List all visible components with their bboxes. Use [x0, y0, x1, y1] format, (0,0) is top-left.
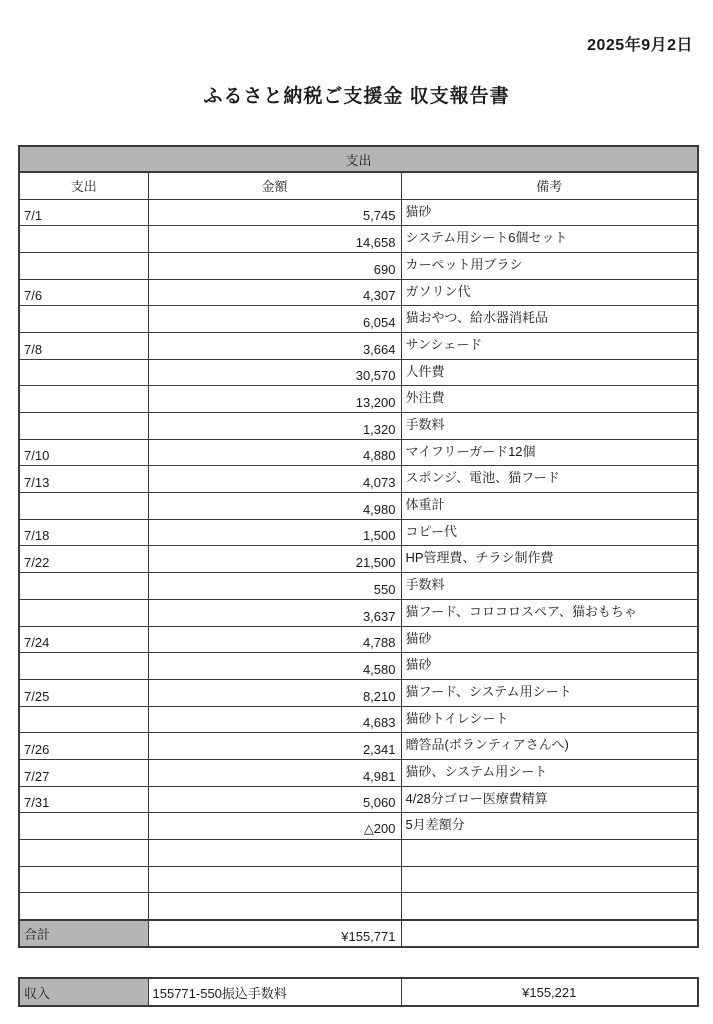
row-amount: 1,320	[148, 413, 401, 440]
table-row: 4,683猫砂トイレシート	[19, 706, 698, 733]
table-row	[19, 866, 698, 893]
row-remark: 手数料	[401, 573, 698, 600]
row-date	[19, 893, 148, 920]
row-amount: 30,570	[148, 359, 401, 386]
row-date: 7/6	[19, 279, 148, 306]
row-date	[19, 359, 148, 386]
row-date: 7/27	[19, 759, 148, 786]
table-row: 7/2221,500HP管理費、チラシ制作費	[19, 546, 698, 573]
row-amount: 4,980	[148, 493, 401, 520]
income-label: 収入	[19, 978, 148, 1006]
row-amount: △200	[148, 813, 401, 840]
row-amount	[148, 893, 401, 920]
row-remark: 体重計	[401, 493, 698, 520]
income-description: 155771-550振込手数料	[148, 978, 401, 1006]
row-remark: 人件費	[401, 359, 698, 386]
row-date	[19, 813, 148, 840]
row-date: 7/22	[19, 546, 148, 573]
row-amount: 6,054	[148, 306, 401, 333]
page-title: ふるさと納税ご支援金 収支報告書	[0, 81, 713, 108]
table-row: 7/262,341贈答品(ボランティアさんへ)	[19, 733, 698, 760]
table-row: 30,570人件費	[19, 359, 698, 386]
row-amount: 14,658	[148, 226, 401, 253]
row-date	[19, 706, 148, 733]
row-amount: 1,500	[148, 519, 401, 546]
row-remark: スポンジ、電池、猫フード	[401, 466, 698, 493]
row-remark: 外注費	[401, 386, 698, 413]
row-amount: 550	[148, 573, 401, 600]
row-date: 7/8	[19, 332, 148, 359]
row-amount: 4,307	[148, 279, 401, 306]
table-row: 1,320手数料	[19, 413, 698, 440]
row-amount: 690	[148, 252, 401, 279]
row-remark: システム用シート6個セット	[401, 226, 698, 253]
table-row	[19, 893, 698, 920]
row-remark: カーペット用ブラシ	[401, 252, 698, 279]
table-row: 7/104,880マイフリーガード12個	[19, 439, 698, 466]
row-date	[19, 252, 148, 279]
row-date	[19, 599, 148, 626]
table-row: 13,200外注費	[19, 386, 698, 413]
row-date	[19, 573, 148, 600]
row-amount	[148, 866, 401, 893]
income-row: 収入 155771-550振込手数料 ¥155,221	[19, 978, 698, 1006]
table-row: 7/64,307ガソリン代	[19, 279, 698, 306]
row-remark: 猫砂	[401, 653, 698, 680]
row-date	[19, 866, 148, 893]
row-amount: 4,073	[148, 466, 401, 493]
row-remark: 4/28分ゴロー医療費精算	[401, 786, 698, 813]
table-row	[19, 840, 698, 867]
table-row: 7/244,788猫砂	[19, 626, 698, 653]
row-remark	[401, 893, 698, 920]
row-amount: 21,500	[148, 546, 401, 573]
row-amount: 4,880	[148, 439, 401, 466]
row-remark: ガソリン代	[401, 279, 698, 306]
table-row: 3,637猫フード、コロコロスペア、猫おもちゃ	[19, 599, 698, 626]
row-amount: 3,637	[148, 599, 401, 626]
row-remark: 5月差額分	[401, 813, 698, 840]
document-date: 2025年9月2日	[587, 32, 693, 55]
row-date: 7/18	[19, 519, 148, 546]
row-remark: 手数料	[401, 413, 698, 440]
row-date	[19, 840, 148, 867]
row-amount: 4,981	[148, 759, 401, 786]
income-table: 収入 155771-550振込手数料 ¥155,221	[18, 977, 699, 1007]
row-date: 7/26	[19, 733, 148, 760]
row-date: 7/25	[19, 679, 148, 706]
row-remark: コピー代	[401, 519, 698, 546]
row-remark: 猫砂	[401, 199, 698, 226]
total-row: 合計 ¥155,771	[19, 920, 698, 947]
table-row: 550手数料	[19, 573, 698, 600]
row-date: 7/24	[19, 626, 148, 653]
row-remark: 猫フード、コロコロスペア、猫おもちゃ	[401, 599, 698, 626]
table-row: 7/258,210猫フード、システム用シート	[19, 679, 698, 706]
total-label: 合計	[19, 920, 148, 947]
table-row: 4,580猫砂	[19, 653, 698, 680]
table-row: 7/181,500コピー代	[19, 519, 698, 546]
row-date	[19, 386, 148, 413]
row-date: 7/13	[19, 466, 148, 493]
row-remark	[401, 866, 698, 893]
row-remark: マイフリーガード12個	[401, 439, 698, 466]
row-amount: 2,341	[148, 733, 401, 760]
row-date: 7/31	[19, 786, 148, 813]
table-row: 7/315,0604/28分ゴロー医療費精算	[19, 786, 698, 813]
row-date	[19, 653, 148, 680]
row-amount	[148, 840, 401, 867]
row-remark: 猫おやつ、給水器消耗品	[401, 306, 698, 333]
row-remark: 猫砂	[401, 626, 698, 653]
row-amount: 5,745	[148, 199, 401, 226]
row-remark	[401, 840, 698, 867]
expense-column-header-row: 支出 金額 備考	[19, 172, 698, 199]
row-amount: 4,683	[148, 706, 401, 733]
table-row: 6,054猫おやつ、給水器消耗品	[19, 306, 698, 333]
table-row: 7/134,073スポンジ、電池、猫フード	[19, 466, 698, 493]
table-row: 4,980体重計	[19, 493, 698, 520]
column-header-amount: 金額	[148, 172, 401, 199]
row-remark: 猫砂、システム用シート	[401, 759, 698, 786]
table-row: 7/274,981猫砂、システム用シート	[19, 759, 698, 786]
row-amount: 4,788	[148, 626, 401, 653]
row-amount: 8,210	[148, 679, 401, 706]
table-row: 7/83,664サンシェード	[19, 332, 698, 359]
row-date	[19, 226, 148, 253]
row-amount: 13,200	[148, 386, 401, 413]
row-date	[19, 493, 148, 520]
column-header-remark: 備考	[401, 172, 698, 199]
total-amount: ¥155,771	[148, 920, 401, 947]
row-amount: 4,580	[148, 653, 401, 680]
table-row: 7/15,745猫砂	[19, 199, 698, 226]
row-remark: 猫砂トイレシート	[401, 706, 698, 733]
row-amount: 3,664	[148, 332, 401, 359]
row-date	[19, 306, 148, 333]
column-header-date: 支出	[19, 172, 148, 199]
row-date	[19, 413, 148, 440]
table-row: △2005月差額分	[19, 813, 698, 840]
expense-band-label: 支出	[19, 146, 698, 172]
expense-table-body: 7/15,745猫砂14,658システム用シート6個セット690カーペット用ブラ…	[19, 199, 698, 920]
row-remark: 贈答品(ボランティアさんへ)	[401, 733, 698, 760]
table-row: 14,658システム用シート6個セット	[19, 226, 698, 253]
total-remark-empty	[401, 920, 698, 947]
row-remark: 猫フード、システム用シート	[401, 679, 698, 706]
row-remark: サンシェード	[401, 332, 698, 359]
row-date: 7/10	[19, 439, 148, 466]
row-date: 7/1	[19, 199, 148, 226]
row-amount: 5,060	[148, 786, 401, 813]
expense-band-row: 支出	[19, 146, 698, 172]
row-remark: HP管理費、チラシ制作費	[401, 546, 698, 573]
income-amount: ¥155,221	[401, 978, 698, 1006]
expense-table: 支出 支出 金額 備考 7/15,745猫砂14,658システム用シート6個セッ…	[18, 145, 699, 948]
table-row: 690カーペット用ブラシ	[19, 252, 698, 279]
